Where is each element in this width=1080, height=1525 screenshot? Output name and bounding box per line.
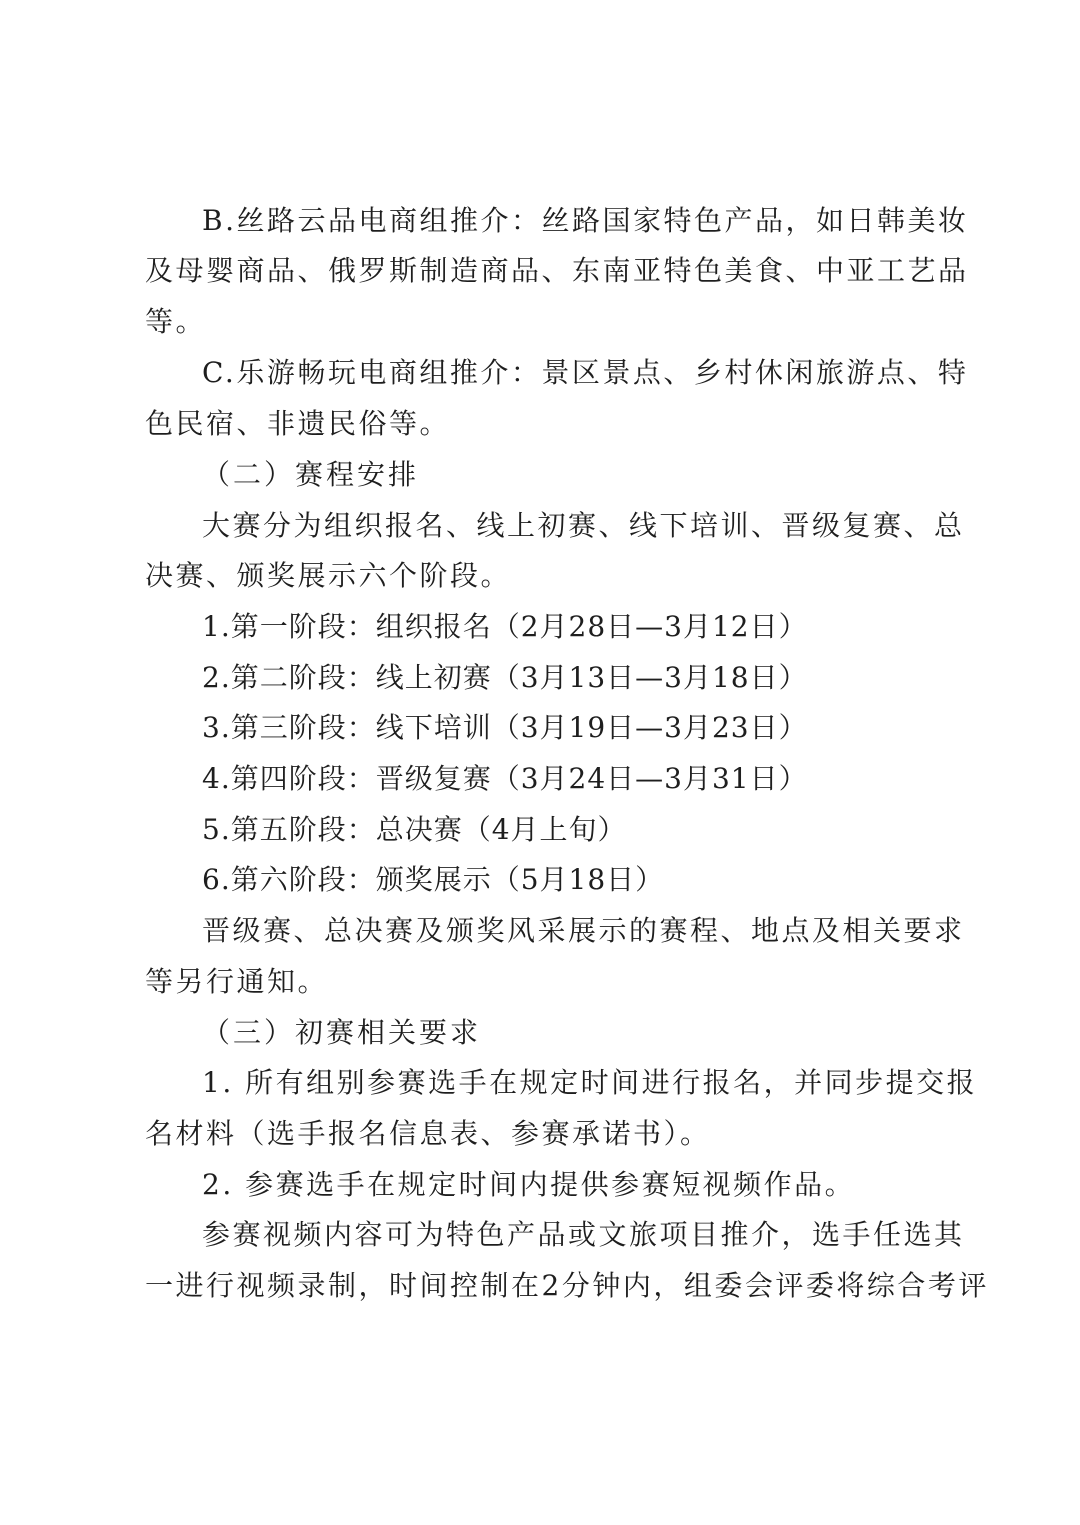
section-3-item-1-line-2: 名材料（选手报名信息表、参赛承诺书）。 bbox=[145, 1117, 711, 1151]
paragraph-b-line-1: B.丝路云品电商组推介：丝路国家特色产品，如日韩美妆 bbox=[202, 204, 968, 238]
section-2-note-line-1: 晋级赛、总决赛及颁奖风采展示的赛程、地点及相关要求 bbox=[202, 914, 965, 948]
paragraph-b-line-3: 等。 bbox=[145, 305, 206, 339]
stage-item-2: 2.第二阶段：线上初赛（3月13日—3月18日） bbox=[202, 661, 808, 695]
stage-item-4: 4.第四阶段：晋级复赛（3月24日—3月31日） bbox=[202, 762, 808, 796]
stage-item-1: 1.第一阶段：组织报名（2月28日—3月12日） bbox=[202, 610, 808, 644]
section-3-item-1-line-1: 1. 所有组别参赛选手在规定时间进行报名，并同步提交报 bbox=[202, 1066, 977, 1100]
section-3-item-2-line-1: 2. 参赛选手在规定时间内提供参赛短视频作品。 bbox=[202, 1168, 855, 1202]
section-2-note-line-2: 等另行通知。 bbox=[145, 965, 328, 999]
video-paragraph-line-1: 参赛视频内容可为特色产品或文旅项目推介，选手任选其 bbox=[202, 1218, 965, 1252]
stage-item-5: 5.第五阶段：总决赛（4月上旬） bbox=[202, 813, 627, 847]
video-paragraph-line-2: 一进行视频录制，时间控制在2分钟内，组委会评委将综合考评 bbox=[145, 1269, 989, 1303]
paragraph-c-line-1: C.乐游畅玩电商组推介：景区景点、乡村休闲旅游点、特 bbox=[202, 356, 968, 390]
section-2-heading: （二）赛程安排 bbox=[202, 458, 419, 492]
paragraph-b-line-2: 及母婴商品、俄罗斯制造商品、东南亚特色美食、中亚工艺品 bbox=[145, 254, 969, 288]
paragraph-c-line-2: 色民宿、非遗民俗等。 bbox=[145, 407, 450, 441]
document-page: B.丝路云品电商组推介：丝路国家特色产品，如日韩美妆 及母婴商品、俄罗斯制造商品… bbox=[0, 0, 1080, 1525]
section-3-heading: （三）初赛相关要求 bbox=[202, 1016, 481, 1050]
section-2-intro-line-1: 大赛分为组织报名、线上初赛、线下培训、晋级复赛、总 bbox=[202, 509, 965, 543]
section-2-intro-line-2: 决赛、颁奖展示六个阶段。 bbox=[145, 559, 511, 593]
stage-item-6: 6.第六阶段：颁奖展示（5月18日） bbox=[202, 863, 664, 897]
stage-item-3: 3.第三阶段：线下培训（3月19日—3月23日） bbox=[202, 711, 808, 745]
